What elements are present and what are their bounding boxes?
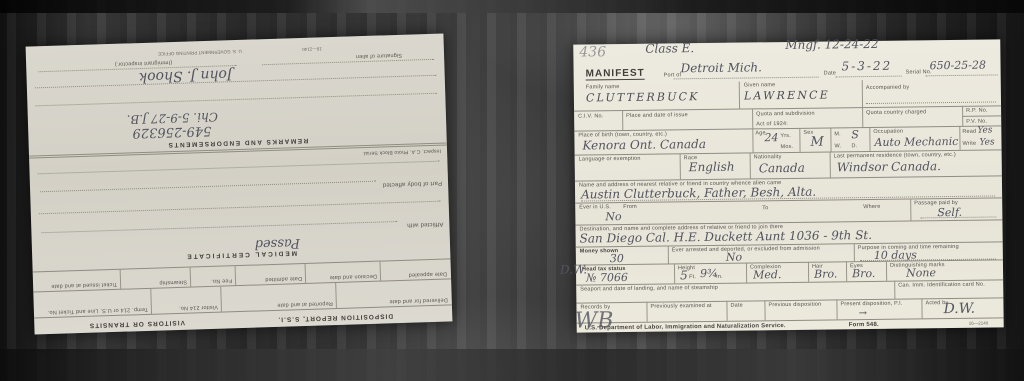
write-label: Write [962, 141, 976, 148]
steamship-label: Steamship [159, 278, 187, 285]
cell-divider [799, 128, 800, 152]
medical-certificate-heading: MEDICAL CERTIFICATE [32, 244, 450, 264]
cell-divider [894, 281, 895, 299]
from-label: From [623, 204, 637, 211]
cell-divider [854, 243, 855, 261]
table-divider [220, 287, 222, 313]
from-value: No [605, 210, 621, 223]
card-reverse-content: DISPOSITION REPORT, S.S.I. VISITORS OR T… [26, 34, 453, 335]
names-divider [862, 80, 863, 107]
to-label: To [762, 205, 768, 212]
table-divider [190, 268, 192, 288]
visitors-transits-heading: VISITORS OR TRANSITS [49, 317, 224, 330]
fee-no-label: Fee No. [211, 277, 232, 284]
pv-no-label: P.V. No. [966, 119, 987, 126]
rp-pv-divider [962, 115, 1001, 116]
date-value: 5-3-22 [841, 59, 892, 74]
table-divider [235, 266, 237, 286]
gpo-line: U. S. GOVERNMENT PRINTING OFFICE [158, 48, 242, 55]
decision-date-label: Decision and date [329, 272, 377, 280]
delivered-label: Delivered for and date [389, 296, 448, 304]
row-rule [575, 219, 1002, 225]
serial-value: 650-25-28 [929, 59, 986, 73]
cell-divider [752, 128, 753, 152]
ft-label: Ft. [689, 274, 696, 281]
nationality-value: Canada [759, 161, 805, 176]
cell-divider [869, 127, 870, 151]
inspector-signature-hand: John J. Shook [138, 66, 232, 85]
microfilm-frame: { "left_card": { "headings": ["DISPOSITI… [0, 0, 1024, 381]
visitor214-label: Visitor 214 No. [179, 303, 218, 311]
port-line [674, 77, 819, 80]
signature-of-alien-label: Signature of alien [356, 51, 403, 59]
given-name-value: LAWRENCE [744, 88, 830, 102]
sex-value: M [810, 135, 823, 150]
previous-disposition-label: Previous disposition [768, 302, 821, 309]
row-rule [577, 317, 1004, 323]
nationality-label: Nationality [754, 154, 782, 161]
body-affected-label: Part of body affected [382, 178, 442, 187]
quota-country-label: Quota country charged [866, 109, 926, 116]
cell-divider [846, 261, 847, 281]
language-label: Language or exemption [579, 156, 641, 163]
class-hand: Class E. [645, 41, 694, 56]
serial-line [926, 74, 998, 76]
blank-line [35, 75, 437, 89]
residence-value: Windsor Canada. [837, 159, 941, 174]
signature-line [262, 59, 434, 65]
table-divider [120, 270, 122, 290]
height-ft-value: 5 [680, 268, 688, 282]
quota-label: Quota and subdivision [756, 111, 815, 118]
cell-divider [886, 261, 887, 281]
write-value: Yes [979, 137, 994, 147]
port-value: Detroit Mich. [680, 60, 762, 75]
film-edge-top [0, 0, 1024, 13]
table-divider [150, 289, 152, 315]
table-divider [380, 262, 382, 282]
medical-handwriting: Passed [254, 235, 300, 251]
blank-line [38, 161, 440, 175]
footer-form-number: Form 548. [849, 322, 879, 330]
remarks-date-initials: Chi. 5-9-27 J.B. [127, 110, 219, 127]
act-1924-label: Act of 1924: [756, 121, 788, 128]
cell-divider [622, 110, 623, 130]
read-label: Read [962, 129, 976, 136]
blank-line [35, 93, 437, 107]
cell-divider [668, 245, 669, 263]
eyes-value: Bro. [852, 267, 875, 280]
race-value: English [689, 160, 735, 175]
family-name-value: CLUTTERBUCK [586, 90, 700, 104]
afflicted-label: Afflicted with [407, 219, 444, 227]
manifest-title: MANIFEST [586, 68, 645, 81]
cell-divider [830, 127, 831, 151]
cell-divider [674, 263, 675, 283]
cell-divider [746, 263, 747, 283]
row-rule [575, 175, 1002, 181]
given-name-label: Given name [744, 82, 776, 89]
blank-line [40, 181, 376, 193]
cell-divider [921, 298, 922, 318]
marital-value: S [851, 128, 859, 141]
read-value: Yes [977, 126, 992, 136]
cell-divider [808, 262, 809, 282]
table-divider [335, 283, 337, 309]
monogram-hand: WB [574, 308, 613, 333]
manifest-card-reverse: DISPOSITION REPORT, S.S.I. VISITORS OR T… [26, 34, 453, 335]
date-admitted-label: Date admitted [265, 274, 302, 282]
cell-divider [959, 126, 960, 150]
yrs-label: Yrs. [780, 133, 791, 140]
date-examined-label: Date [730, 303, 743, 310]
acted-by-value: D.W. [943, 301, 975, 317]
seaport-label: Seaport and date of landing, and name of… [580, 285, 718, 293]
print-code: 16—2140 [302, 46, 322, 51]
table-divider [305, 264, 307, 284]
date-appealed-label: Date appealed [408, 270, 447, 278]
cell-divider [830, 151, 831, 177]
cell-divider [764, 300, 765, 320]
in-label: In. [716, 274, 723, 281]
place-issue-label: Place and date of issue [626, 112, 688, 119]
age-value: 24 [764, 131, 778, 144]
cell-divider [750, 152, 751, 178]
date-label: Date [824, 70, 837, 77]
footer-print-code: 16—2140 [969, 322, 989, 327]
marks-value: None [906, 266, 936, 279]
can-imm-card-label: Can. Imm. Identification card No. [898, 282, 985, 290]
present-disposition-mark: → [858, 308, 867, 319]
occupation-value: Auto Mechanic [874, 135, 958, 149]
footer-department: U.S. Department of Labor, Immigration an… [585, 323, 786, 333]
case-number-hand: 436 [579, 44, 606, 60]
accompanied-by-label: Accompanied by [866, 85, 910, 92]
previously-examined-label: Previously examined at [650, 303, 711, 310]
immigrant-inspector-label: (Immigrant inspector.) [114, 58, 172, 66]
occupation-label: Occupation [873, 129, 903, 136]
head-tax-value: № 7066 [586, 271, 628, 285]
film-edge-bottom [0, 349, 1024, 381]
manifest-card-front: 436 Class E. Mngf. 12-24-22 MANIFEST Por… [573, 39, 1003, 332]
complexion-value: Med. [753, 268, 781, 281]
widowed-label: W. [834, 143, 841, 150]
married-label: M. [834, 131, 841, 138]
ticket-issued-label: Ticket issued at and date [37, 280, 117, 289]
birth-place-value: Kenora Ont. Canada [582, 137, 706, 153]
cell-divider [646, 302, 647, 322]
hair-value: Bro. [814, 267, 837, 280]
mos-label: Mos. [780, 144, 793, 151]
mngf-hand: Mngf. 12-24-22 [785, 37, 878, 52]
cell-divider [862, 107, 863, 127]
rp-no-label: R.P. No. [966, 108, 988, 115]
civ-no-label: C.I.V. No. [578, 113, 603, 120]
blank-line [41, 221, 397, 233]
family-name-label: Family name [586, 84, 620, 91]
names-divider [739, 82, 740, 109]
where-label: Where [863, 204, 880, 211]
cell-divider [726, 301, 727, 321]
card-front-content: 436 Class E. Mngf. 12-24-22 MANIFEST Por… [573, 39, 1003, 332]
date-line [836, 76, 902, 78]
disposition-report-heading: DISPOSITION REPORT, S.S.I. [240, 311, 430, 324]
reported-label: Reported at and date [277, 300, 333, 308]
accompanied-line [866, 101, 996, 104]
cell-divider [752, 108, 753, 128]
divorced-label: D. [851, 143, 857, 150]
arrested-label: Ever arrested and deported, or excluded … [672, 246, 820, 254]
remarks-note: Inspect. C.A. Photo Block Serial. [362, 148, 441, 156]
cell-divider [910, 199, 911, 221]
present-disposition-label: Present disposition, P.I. [840, 301, 902, 308]
cell-divider [680, 153, 681, 179]
blank-line [39, 201, 441, 215]
cell-divider [836, 299, 837, 319]
